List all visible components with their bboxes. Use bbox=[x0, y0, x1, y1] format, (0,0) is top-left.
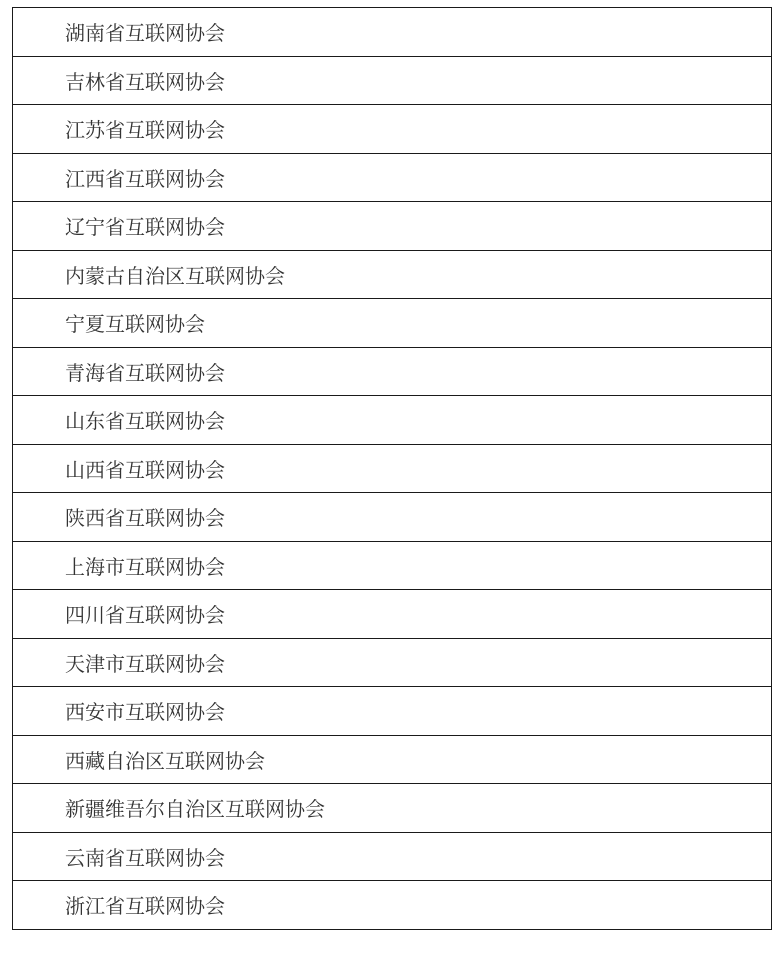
table-row: 西安市互联网协会 bbox=[13, 687, 772, 736]
table-cell: 辽宁省互联网协会 bbox=[13, 202, 772, 251]
table-row: 山东省互联网协会 bbox=[13, 396, 772, 445]
table-cell: 上海市互联网协会 bbox=[13, 541, 772, 590]
table-cell: 四川省互联网协会 bbox=[13, 590, 772, 639]
table-cell: 山西省互联网协会 bbox=[13, 444, 772, 493]
table-row: 宁夏互联网协会 bbox=[13, 299, 772, 348]
table-cell: 江苏省互联网协会 bbox=[13, 105, 772, 154]
organization-table-body: 湖南省互联网协会 吉林省互联网协会 江苏省互联网协会 江西省互联网协会 辽宁省互… bbox=[13, 8, 772, 930]
table-row: 浙江省互联网协会 bbox=[13, 881, 772, 930]
table-row: 西藏自治区互联网协会 bbox=[13, 735, 772, 784]
table-cell: 内蒙古自治区互联网协会 bbox=[13, 250, 772, 299]
table-cell: 江西省互联网协会 bbox=[13, 153, 772, 202]
table-row: 上海市互联网协会 bbox=[13, 541, 772, 590]
table-row: 新疆维吾尔自治区互联网协会 bbox=[13, 784, 772, 833]
table-row: 陕西省互联网协会 bbox=[13, 493, 772, 542]
table-cell: 西藏自治区互联网协会 bbox=[13, 735, 772, 784]
table-row: 江苏省互联网协会 bbox=[13, 105, 772, 154]
table-cell: 青海省互联网协会 bbox=[13, 347, 772, 396]
table-row: 四川省互联网协会 bbox=[13, 590, 772, 639]
table-cell: 西安市互联网协会 bbox=[13, 687, 772, 736]
table-cell: 宁夏互联网协会 bbox=[13, 299, 772, 348]
table-row: 内蒙古自治区互联网协会 bbox=[13, 250, 772, 299]
table-row: 江西省互联网协会 bbox=[13, 153, 772, 202]
table-row: 云南省互联网协会 bbox=[13, 832, 772, 881]
organization-table: 湖南省互联网协会 吉林省互联网协会 江苏省互联网协会 江西省互联网协会 辽宁省互… bbox=[12, 7, 772, 930]
table-row: 天津市互联网协会 bbox=[13, 638, 772, 687]
table-row: 湖南省互联网协会 bbox=[13, 8, 772, 57]
table-cell: 陕西省互联网协会 bbox=[13, 493, 772, 542]
table-cell: 云南省互联网协会 bbox=[13, 832, 772, 881]
table-row: 吉林省互联网协会 bbox=[13, 56, 772, 105]
table-cell: 浙江省互联网协会 bbox=[13, 881, 772, 930]
table-cell: 天津市互联网协会 bbox=[13, 638, 772, 687]
table-cell: 湖南省互联网协会 bbox=[13, 8, 772, 57]
table-cell: 山东省互联网协会 bbox=[13, 396, 772, 445]
table-row: 辽宁省互联网协会 bbox=[13, 202, 772, 251]
table-cell: 新疆维吾尔自治区互联网协会 bbox=[13, 784, 772, 833]
table-cell: 吉林省互联网协会 bbox=[13, 56, 772, 105]
table-row: 山西省互联网协会 bbox=[13, 444, 772, 493]
table-row: 青海省互联网协会 bbox=[13, 347, 772, 396]
